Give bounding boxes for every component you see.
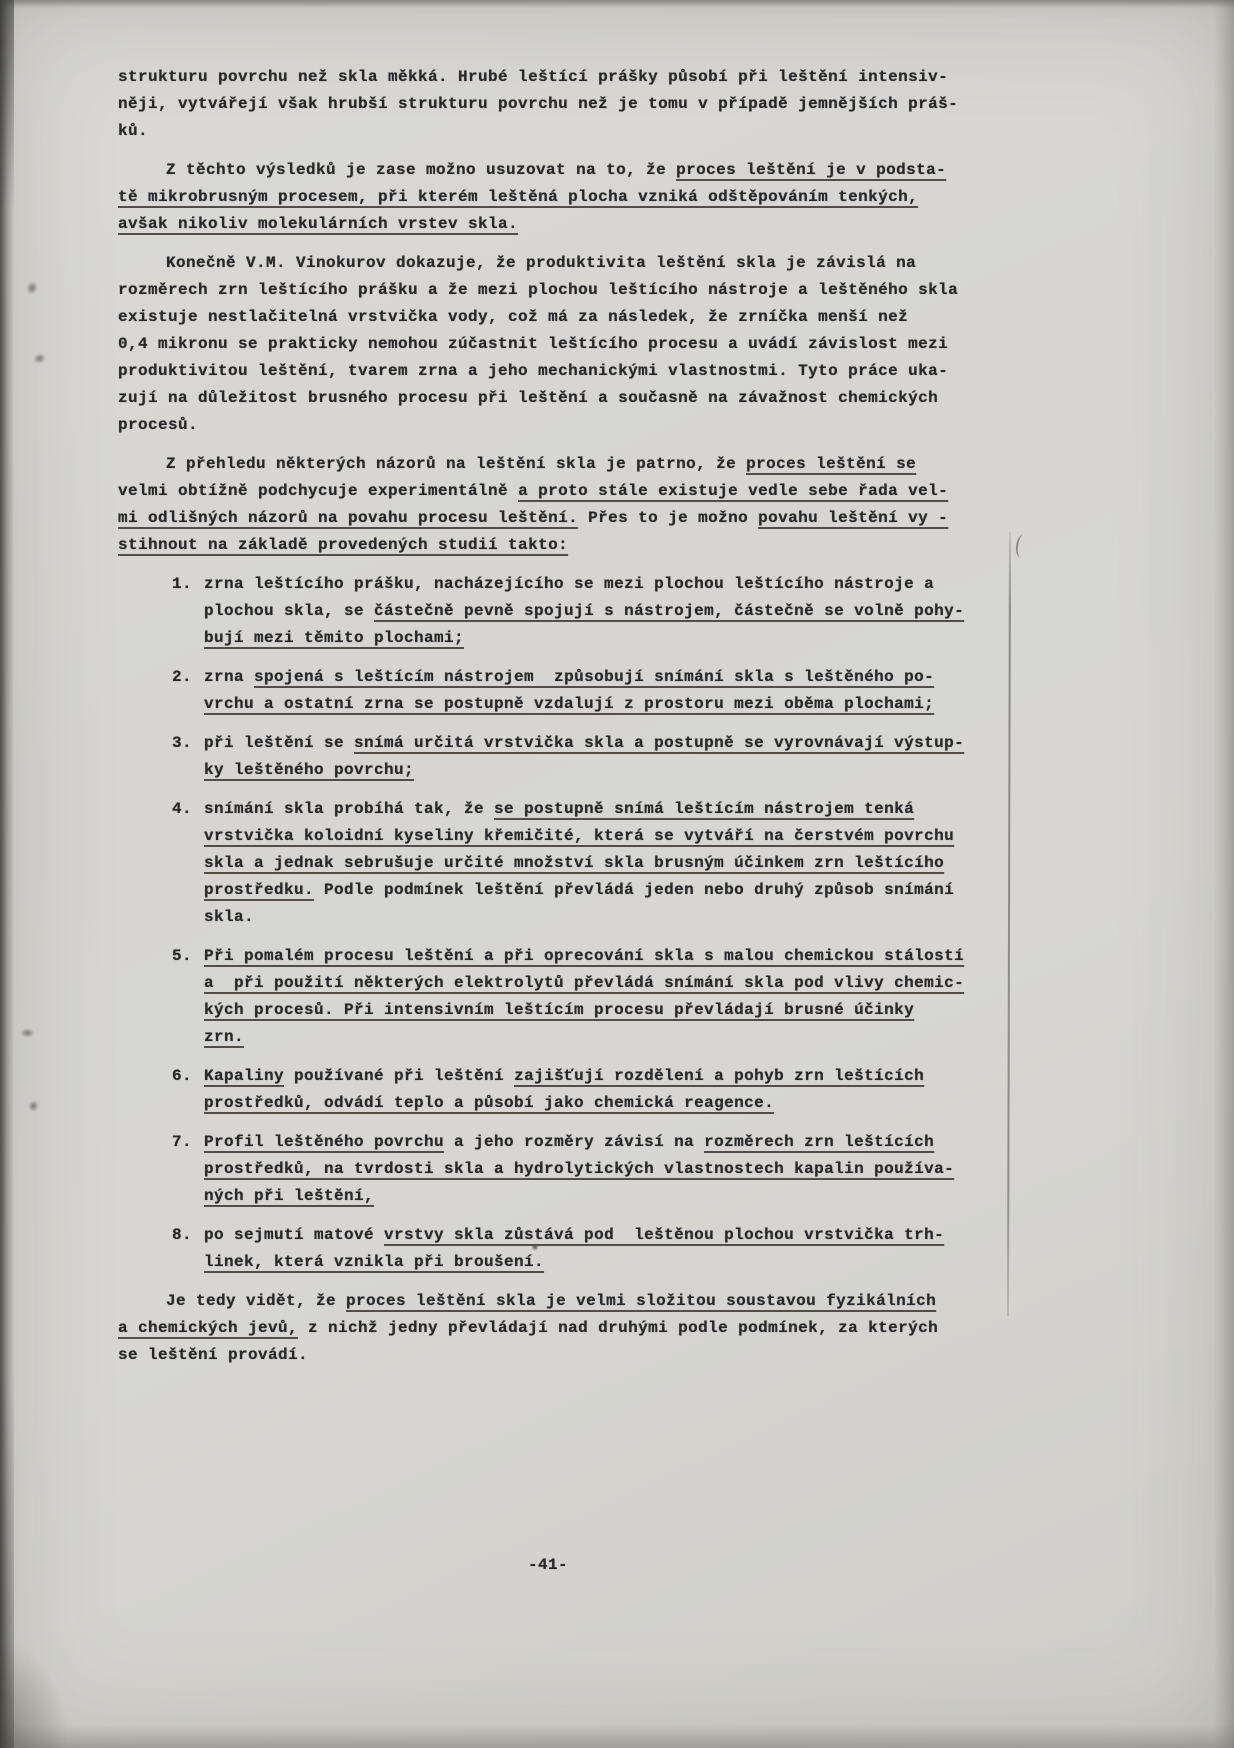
text-line: produktivitou leštění, tvarem zrna a jeh… — [118, 358, 978, 385]
scan-edge-left — [0, 0, 14, 1748]
text-line: strukturu povrchu než skla měkká. Hrubé … — [118, 64, 978, 91]
text-line: 0,4 mikronu se prakticky nemohou zúčastn… — [118, 331, 978, 358]
text-line: a při použití některých elektrolytů přev… — [204, 970, 978, 997]
underlined-text-run: rozměrech zrn leštících — [704, 1133, 934, 1151]
list-item: 3.při leštění se snímá určitá vrstvička … — [118, 730, 978, 784]
scan-speck — [32, 352, 47, 366]
list-item-marker: 5. — [172, 943, 204, 1051]
underlined-text-run: a při použití některých elektrolytů přev… — [204, 974, 964, 992]
underlined-text-run: prostředků, na tvrdosti skla a hydrolyti… — [204, 1160, 954, 1178]
underlined-text-run: vrchu a ostatní zrna se postupně vzdaluj… — [204, 695, 934, 713]
text-line: avšak nikoliv molekulárních vrstev skla. — [118, 211, 978, 238]
text-line: Profil leštěného povrchu a jeho rozměry … — [204, 1129, 978, 1156]
list-item: 4.snímání skla probíhá tak, že se postup… — [118, 796, 978, 931]
scan-edge-right — [1214, 0, 1234, 1748]
underlined-text-run: a proto stále existuje vedle sebe řada v… — [518, 482, 948, 500]
underlined-text-run: Při pomalém procesu leštění a při opreco… — [204, 947, 964, 965]
text-line: se leštění provádí. — [118, 1342, 978, 1369]
list-item-text: zrna leštícího prášku, nacházejícího se … — [204, 571, 978, 652]
list-item-marker: 8. — [172, 1222, 204, 1276]
text-line: tě mikrobrusným procesem, při kterém leš… — [118, 184, 978, 211]
text-line: prostředků, odvádí teplo a působí jako c… — [204, 1090, 978, 1117]
text-line: zrn. — [204, 1024, 978, 1051]
scan-speck — [24, 279, 40, 296]
text-line: skla a jednak sebrušuje určité množství … — [204, 850, 978, 877]
list-item: 1.zrna leštícího prášku, nacházejícího s… — [118, 571, 978, 652]
paragraph: Konečně V.M. Vinokurov dokazuje, že prod… — [118, 250, 978, 439]
text-run: skla. — [204, 908, 254, 926]
underlined-text-run: Profil leštěného povrchu — [204, 1133, 444, 1151]
text-run: strukturu povrchu než skla měkká. Hrubé … — [118, 68, 948, 86]
text-line: existuje nestlačitelná vrstvička vody, c… — [118, 304, 978, 331]
text-line: bují mezi těmito plochami; — [204, 625, 978, 652]
underlined-text-run: linek, která vznikla při broušení. — [204, 1253, 544, 1271]
text-run: po sejmutí matové — [204, 1226, 384, 1244]
numbered-list: 1.zrna leštícího prášku, nacházejícího s… — [118, 571, 978, 1276]
underlined-text-run: zajišťují rozdělení a pohyb zrn leštícíc… — [514, 1067, 924, 1085]
underlined-text-run: proces leštění se — [746, 455, 916, 473]
text-run: Podle podmínek leštění převládá jeden ne… — [314, 881, 954, 899]
text-line: po sejmutí matové vrstvy skla zůstává po… — [204, 1222, 978, 1249]
list-item-marker: 2. — [172, 664, 204, 718]
document-body: strukturu povrchu než skla měkká. Hrubé … — [118, 64, 978, 1381]
pencil-margin-tick — [1014, 533, 1028, 558]
text-line: kých procesů. Při intensivním leštícím p… — [204, 997, 978, 1024]
text-run: zují na důležitost brusného procesu při … — [118, 389, 938, 407]
text-line: zují na důležitost brusného procesu při … — [118, 385, 978, 412]
underlined-text-run: prostředků, odvádí teplo a působí jako c… — [204, 1094, 774, 1112]
paragraph: Z přehledu některých názorů na leštění s… — [118, 451, 978, 559]
text-run: velmi obtížně podchycuje experimentálně — [118, 482, 518, 500]
scan-edge-bottom — [0, 1724, 1234, 1748]
underlined-text-run: snímá určitá vrstvička skla a postupně s… — [354, 734, 964, 752]
text-run: z nichž jedny převládají nad druhými pod… — [298, 1319, 938, 1337]
text-line: stihnout na základě provedených studií t… — [118, 532, 978, 559]
text-run: ků. — [118, 122, 148, 140]
list-item-marker: 4. — [172, 796, 204, 931]
text-line: Z těchto výsledků je zase možno usuzovat… — [118, 157, 978, 184]
underlined-text-run: povahu leštění vy - — [758, 509, 948, 527]
underlined-text-run: vrstvička koloidní kyseliny křemičité, k… — [204, 827, 954, 845]
list-item-text: Při pomalém procesu leštění a při opreco… — [204, 943, 978, 1051]
text-run: Konečně V.M. Vinokurov dokazuje, že prod… — [166, 254, 916, 272]
text-run: používané při leštění — [284, 1067, 514, 1085]
text-line: rozměrech zrn leštícího prášku a že mezi… — [118, 277, 978, 304]
text-run: zrna — [204, 668, 254, 686]
paragraph: strukturu povrchu než skla měkká. Hrubé … — [118, 64, 978, 145]
text-run: a jeho rozměry závisí na — [444, 1133, 704, 1151]
text-line: skla. — [204, 904, 978, 931]
list-item: 5.Při pomalém procesu leštění a při opre… — [118, 943, 978, 1051]
text-run: se leštění provádí. — [118, 1346, 308, 1364]
list-item-marker: 6. — [172, 1063, 204, 1117]
text-line: plochou skla, se částečně pevně spojují … — [204, 598, 978, 625]
text-line: něji, vytvářejí však hrubší strukturu po… — [118, 91, 978, 118]
text-run: zrna leštícího prášku, nacházejícího se … — [204, 575, 934, 593]
list-item-marker: 1. — [172, 571, 204, 652]
underlined-text-run: se postupně snímá leštícím nástrojem ten… — [494, 800, 914, 818]
underlined-text-run: avšak nikoliv molekulárních vrstev skla. — [118, 215, 518, 233]
underlined-text-run: skla a jednak sebrušuje určité množství … — [204, 854, 944, 872]
list-item-marker: 7. — [172, 1129, 204, 1210]
underlined-text-run: a chemických jevů, — [118, 1319, 298, 1337]
underlined-text-run: proces leštění je v podsta- — [676, 161, 946, 179]
underlined-text-run: částečně pevně spojují s nástrojem, část… — [374, 602, 964, 620]
underlined-text-run: mi odlišných názorů na povahu procesu le… — [118, 509, 578, 527]
text-line: Konečně V.M. Vinokurov dokazuje, že prod… — [118, 250, 978, 277]
text-line: snímání skla probíhá tak, že se postupně… — [204, 796, 978, 823]
text-line: velmi obtížně podchycuje experimentálně … — [118, 478, 978, 505]
list-item-marker: 3. — [172, 730, 204, 784]
list-item-text: při leštění se snímá určitá vrstvička sk… — [204, 730, 978, 784]
text-line: prostředku. Podle podmínek leštění převl… — [204, 877, 978, 904]
list-item-text: po sejmutí matové vrstvy skla zůstává po… — [204, 1222, 978, 1276]
text-run: Je tedy vidět, že — [166, 1292, 346, 1310]
page-number: -41- — [118, 1556, 978, 1574]
text-line: zrna leštícího prášku, nacházejícího se … — [204, 571, 978, 598]
underlined-text-run: kých procesů. Při intensivním leštícím p… — [204, 1001, 914, 1019]
scan-speck — [26, 1098, 42, 1114]
text-line: zrna spojená s leštícím nástrojem způsob… — [204, 664, 978, 691]
scan-edge-top — [0, 0, 1234, 8]
list-item-text: zrna spojená s leštícím nástrojem způsob… — [204, 664, 978, 718]
text-run: rozměrech zrn leštícího prášku a že mezi… — [118, 281, 958, 299]
text-line: linek, která vznikla při broušení. — [204, 1249, 978, 1276]
scan-corner-smudge — [0, 1638, 70, 1748]
list-item: 6.Kapaliny používané při leštění zajišťu… — [118, 1063, 978, 1117]
text-line: Je tedy vidět, že proces leštění skla je… — [118, 1288, 978, 1315]
underlined-text-run: Kapaliny — [204, 1067, 284, 1085]
text-run: procesů. — [118, 416, 198, 434]
underlined-text-run: ky leštěného povrchu; — [204, 761, 414, 779]
text-run: něji, vytvářejí však hrubší strukturu po… — [118, 95, 958, 113]
list-item: 2.zrna spojená s leštícím nástrojem způs… — [118, 664, 978, 718]
paragraph: Je tedy vidět, že proces leštění skla je… — [118, 1288, 978, 1369]
underlined-text-run: spojená s leštícím nástrojem způsobují s… — [254, 668, 934, 686]
text-line: a chemických jevů, z nichž jedny převlád… — [118, 1315, 978, 1342]
text-line: mi odlišných názorů na povahu procesu le… — [118, 505, 978, 532]
underlined-text-run: stihnout na základě provedených studií t… — [118, 536, 568, 554]
scan-speck — [20, 1028, 35, 1038]
list-item-text: Profil leštěného povrchu a jeho rozměry … — [204, 1129, 978, 1210]
text-line: Z přehledu některých názorů na leštění s… — [118, 451, 978, 478]
text-run: produktivitou leštění, tvarem zrna a jeh… — [118, 362, 948, 380]
text-run: při leštění se — [204, 734, 354, 752]
underlined-text-run: bují mezi těmito plochami; — [204, 629, 464, 647]
text-line: ky leštěného povrchu; — [204, 757, 978, 784]
text-line: procesů. — [118, 412, 978, 439]
text-run: plochou skla, se — [204, 602, 374, 620]
paragraph: Z těchto výsledků je zase možno usuzovat… — [118, 157, 978, 238]
text-line: Kapaliny používané při leštění zajišťují… — [204, 1063, 978, 1090]
text-run: Z těchto výsledků je zase možno usuzovat… — [166, 161, 676, 179]
pencil-margin-line — [1007, 532, 1011, 1316]
text-run: snímání skla probíhá tak, že — [204, 800, 494, 818]
list-item-text: Kapaliny používané při leštění zajišťují… — [204, 1063, 978, 1117]
text-line: ků. — [118, 118, 978, 145]
list-item: 8.po sejmutí matové vrstvy skla zůstává … — [118, 1222, 978, 1276]
underlined-text-run: ných při leštění, — [204, 1187, 374, 1205]
underlined-text-run: prostředku. — [204, 881, 314, 899]
text-run: Přes to je možno — [578, 509, 758, 527]
list-item-text: snímání skla probíhá tak, že se postupně… — [204, 796, 978, 931]
underlined-text-run: zrn. — [204, 1028, 244, 1046]
text-line: prostředků, na tvrdosti skla a hydrolyti… — [204, 1156, 978, 1183]
text-line: ných při leštění, — [204, 1183, 978, 1210]
text-run: existuje nestlačitelná vrstvička vody, c… — [118, 308, 908, 326]
underlined-text-run: proces leštění skla je velmi složitou so… — [346, 1292, 936, 1310]
text-run: 0,4 mikronu se prakticky nemohou zúčastn… — [118, 335, 948, 353]
text-line: při leštění se snímá určitá vrstvička sk… — [204, 730, 978, 757]
text-line: vrstvička koloidní kyseliny křemičité, k… — [204, 823, 978, 850]
underlined-text-run: vrstvy skla zůstává pod leštěnou plochou… — [384, 1226, 944, 1244]
list-item: 7.Profil leštěného povrchu a jeho rozměr… — [118, 1129, 978, 1210]
text-line: vrchu a ostatní zrna se postupně vzdaluj… — [204, 691, 978, 718]
text-line: Při pomalém procesu leštění a při opreco… — [204, 943, 978, 970]
text-run: Z přehledu některých názorů na leštění s… — [166, 455, 746, 473]
scanned-document-page: strukturu povrchu než skla měkká. Hrubé … — [0, 0, 1234, 1748]
underlined-text-run: tě mikrobrusným procesem, při kterém leš… — [118, 188, 918, 206]
